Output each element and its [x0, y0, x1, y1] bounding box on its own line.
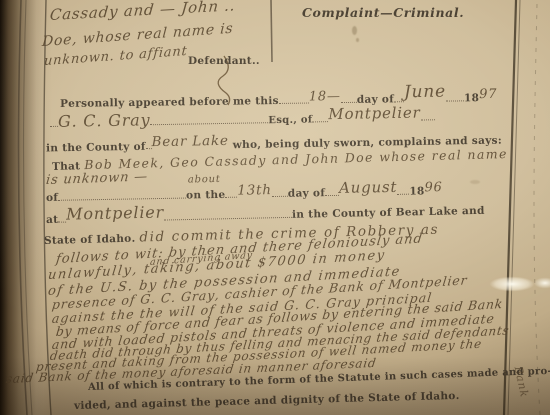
offense-month-hand: August — [339, 178, 398, 197]
complainant-name-hand: G. C. Gray — [58, 110, 151, 131]
ink-smudge — [352, 26, 357, 35]
dotted-rule — [58, 185, 186, 201]
esq-of-text: Esq., of — [268, 114, 312, 126]
year-suffix-hand-2: 96 — [424, 180, 442, 195]
dotted-rule — [164, 204, 292, 220]
county-pre-text: in the County of — [46, 141, 146, 155]
at-label: at — [46, 214, 59, 226]
day-of-text-2: day of — [288, 187, 325, 200]
dotted-rule — [325, 182, 339, 196]
dotted-rule — [446, 88, 464, 102]
defendant-label: Defendant.. — [188, 55, 260, 67]
place-hand: Montpelier — [66, 203, 164, 224]
dotted-rule — [394, 89, 404, 103]
dotted-rule — [341, 89, 357, 103]
ink-smudge — [356, 38, 359, 42]
form-title: Complaint—Criminal. — [302, 5, 464, 20]
county-hand: Bear Lake — [151, 133, 228, 150]
year-prefix: 18 — [464, 92, 479, 104]
year-prefix-2: 18 — [409, 185, 424, 197]
state-text: State of Idaho. — [44, 233, 136, 247]
dotted-rule — [225, 184, 237, 198]
dotted-rule — [50, 113, 58, 127]
about-insert-hand: about — [188, 174, 221, 186]
dotted-rule — [145, 136, 151, 150]
residence-hand: Montpelier — [328, 104, 421, 124]
dotted-rule — [150, 110, 268, 126]
sworn-day-hand: 18— — [309, 89, 341, 104]
dotted-rule — [272, 183, 288, 197]
dotted-rule — [312, 109, 328, 123]
document-photo: Cassady and — John .. Doe, whose real na… — [0, 0, 550, 415]
year-suffix-hand: 97 — [479, 87, 497, 102]
dotted-rule — [279, 90, 309, 104]
ink-smudge — [470, 180, 480, 184]
offense-day-hand: 13th — [237, 182, 272, 199]
on-the-text: on the — [186, 189, 225, 202]
dotted-rule — [397, 181, 409, 195]
county-text: in the County of Bear Lake and — [292, 205, 485, 221]
of-label: of — [46, 192, 58, 204]
sworn-month-hand: June — [404, 82, 446, 103]
dotted-rule — [420, 107, 434, 121]
